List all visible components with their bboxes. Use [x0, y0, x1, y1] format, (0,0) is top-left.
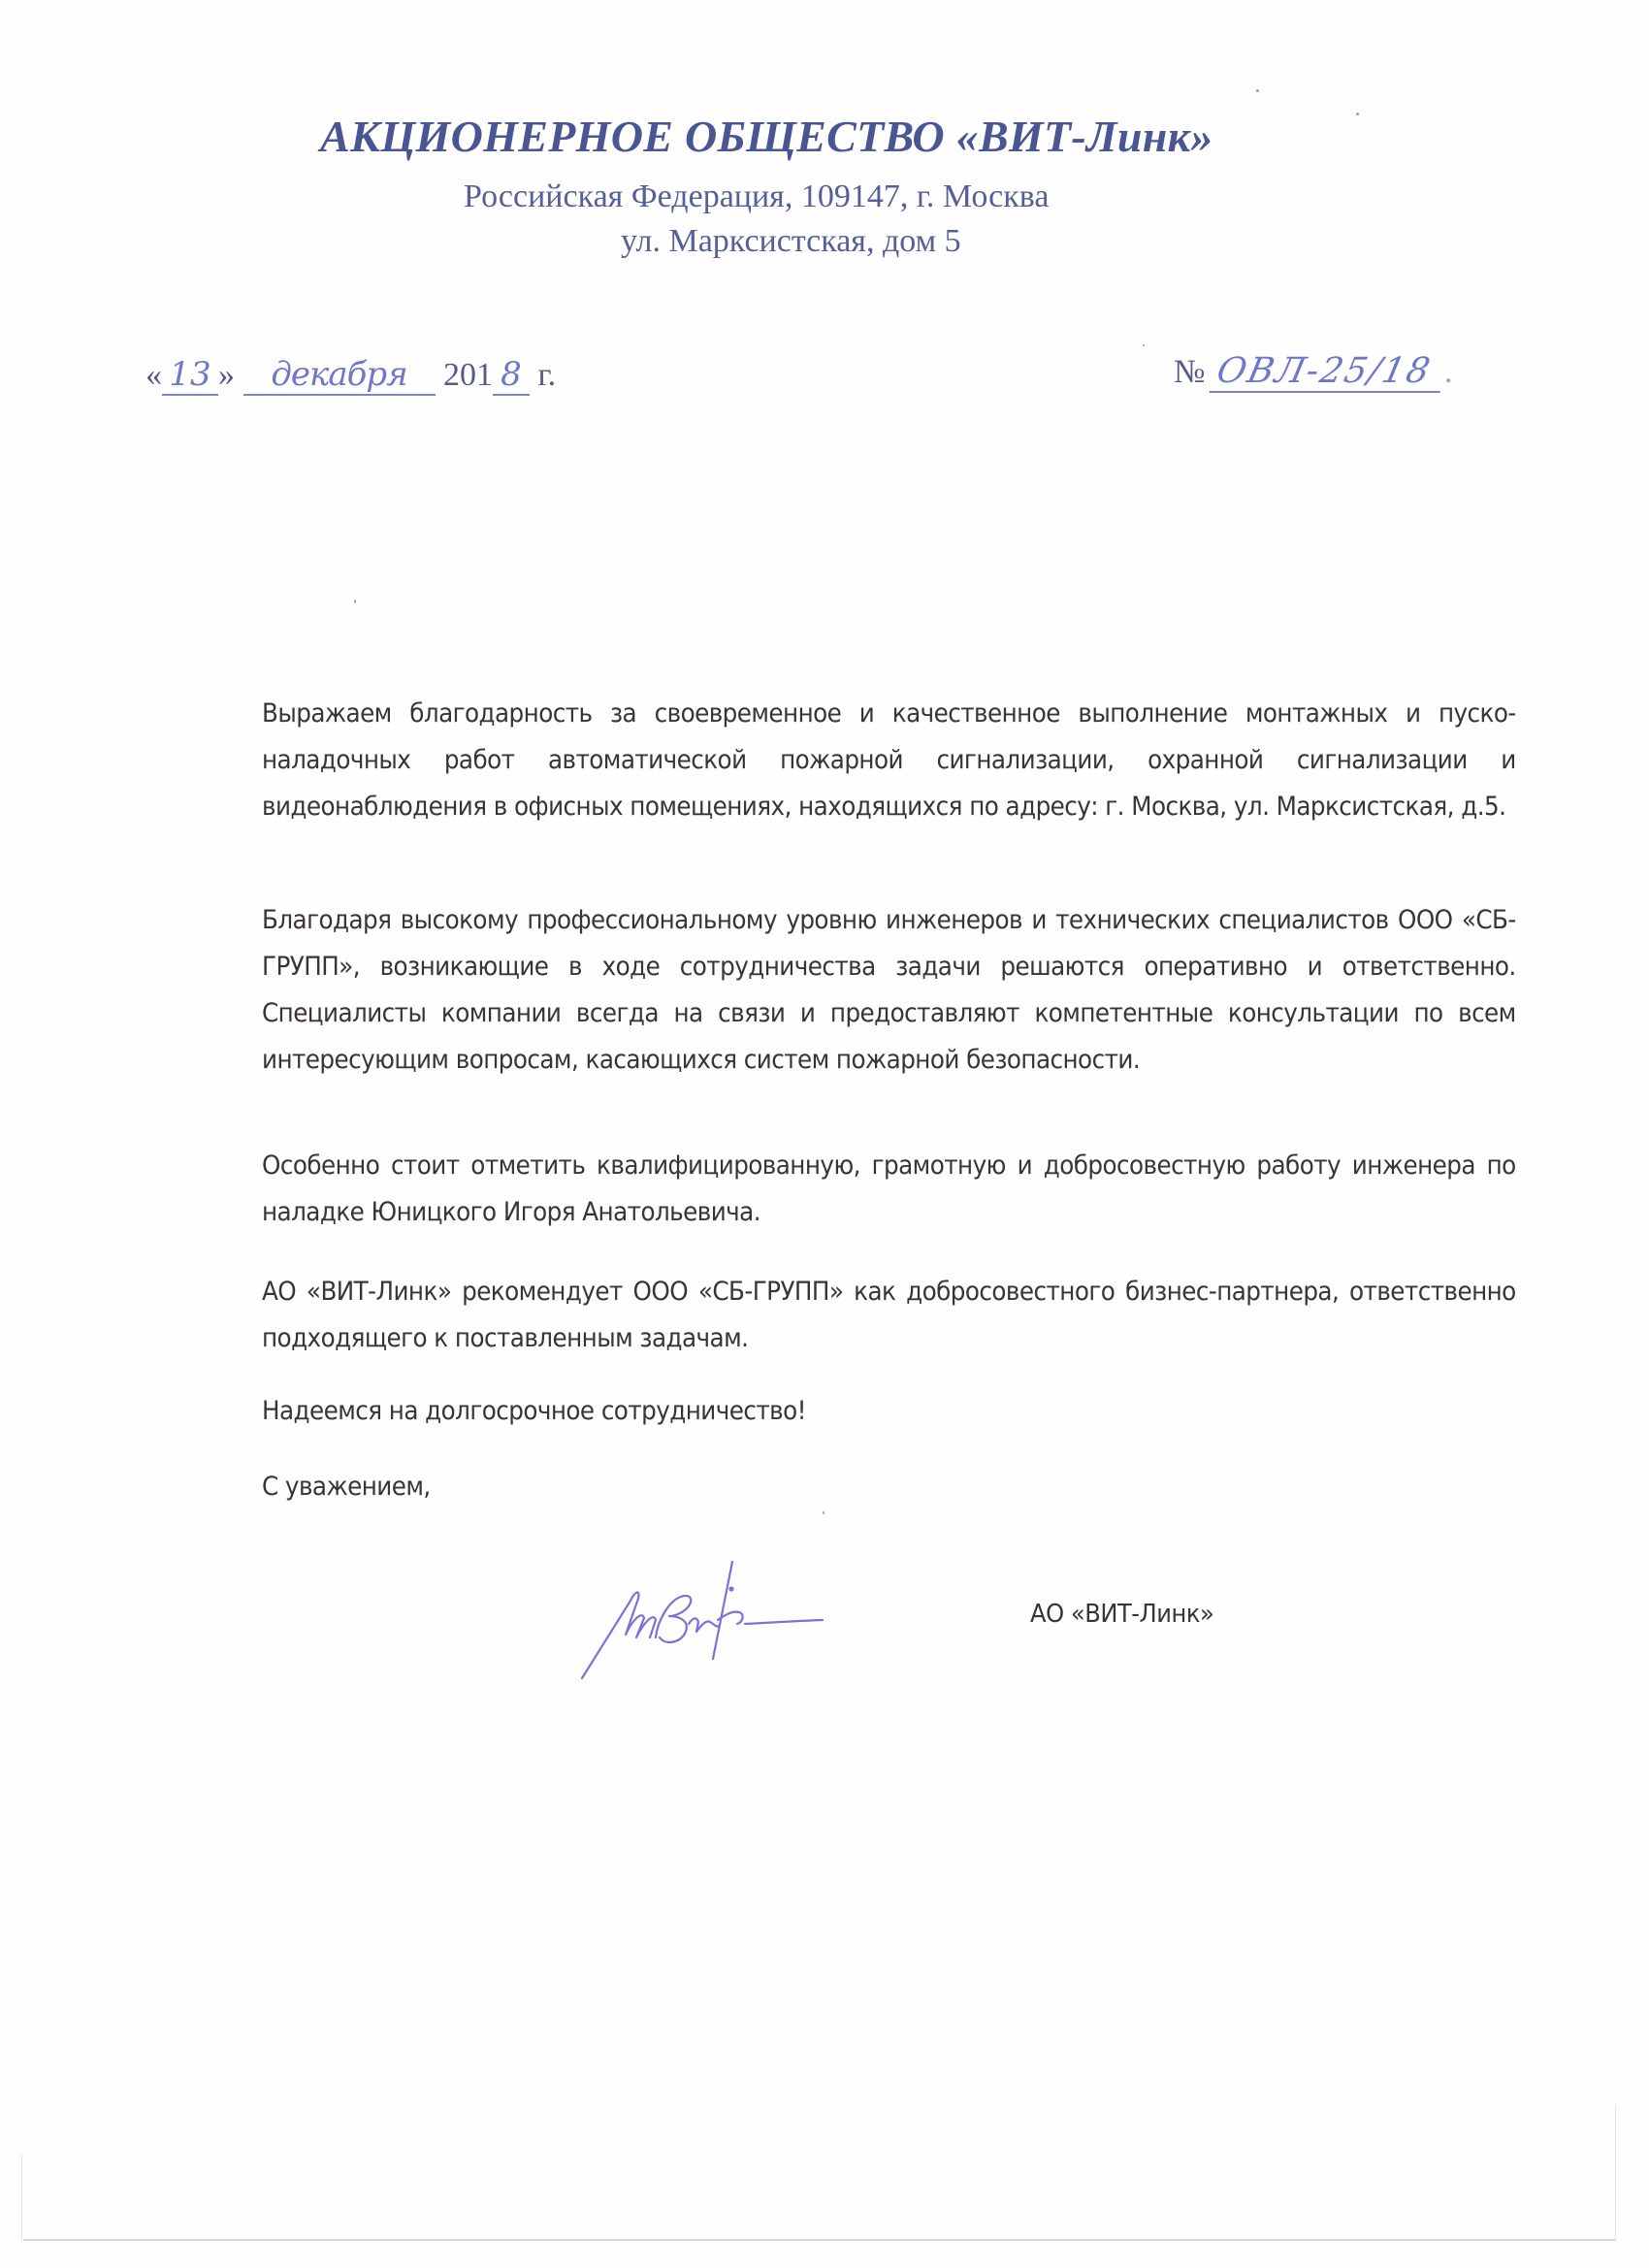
scan-speck	[1143, 344, 1145, 346]
date-day-handwritten: 13	[162, 355, 218, 396]
address-line-2: ул. Марксистская, дом 5	[621, 223, 961, 260]
page-edge-right	[1615, 2105, 1616, 2241]
paragraph-closing-hope: Надеемся на долгосрочное сотрудничество!	[262, 1388, 1516, 1435]
company-name: АКЦИОНЕРНОЕ ОБЩЕСТВО «ВИТ-Линк»	[320, 111, 1213, 162]
reference-number-handwritten: ОВЛ-25/18	[1209, 351, 1448, 393]
scan-speck	[1356, 113, 1359, 115]
number-sign: №	[1174, 354, 1205, 390]
paragraph-regards: С уважением,	[262, 1464, 1516, 1510]
signature-icon	[572, 1542, 921, 1688]
date-open-quote: «	[145, 357, 162, 393]
paragraph-specialists: Благодаря высокому профессиональному уро…	[262, 897, 1516, 1084]
letter-date: «13» декабря 2018 г.	[145, 355, 556, 396]
letter-page: АКЦИОНЕРНОЕ ОБЩЕСТВО «ВИТ-Линк» Российск…	[0, 0, 1649, 2268]
scan-speck	[1256, 89, 1259, 92]
page-edge-left	[21, 2154, 22, 2241]
paragraph-engineer: Особенно стоит отметить квалифицированну…	[262, 1143, 1516, 1236]
signer-organization: АО «ВИТ-Линк»	[1030, 1600, 1213, 1629]
paragraph-text: АО «ВИТ-Линк» рекомендует ООО «СБ-ГРУПП»…	[262, 1269, 1516, 1362]
date-suffix: г.	[538, 357, 557, 393]
address-line-1: Российская Федерация, 109147, г. Москва	[464, 178, 1049, 215]
date-year-prefix: 201	[443, 357, 493, 393]
scan-speck	[354, 599, 356, 603]
paragraph-text: Выражаем благодарность за своевременное …	[262, 691, 1516, 830]
scan-speck	[823, 1511, 824, 1514]
date-month-handwritten: декабря	[243, 355, 436, 396]
paragraph-text: Особенно стоит отметить квалифицированну…	[262, 1143, 1516, 1236]
page-edge-bottom	[23, 2239, 1616, 2241]
date-close-quote: »	[218, 357, 235, 393]
paragraph-recommendation: АО «ВИТ-Линк» рекомендует ООО «СБ-ГРУПП»…	[262, 1269, 1516, 1362]
paragraph-text: Благодаря высокому профессиональному уро…	[262, 897, 1516, 1084]
reference-number: № ОВЛ-25/18.	[1174, 351, 1452, 393]
paragraph-text: С уважением,	[262, 1464, 1516, 1510]
paragraph-text: Надеемся на долгосрочное сотрудничество!	[262, 1388, 1516, 1435]
paragraph-gratitude: Выражаем благодарность за своевременное …	[262, 691, 1516, 830]
date-year-digit-handwritten: 8	[493, 355, 530, 396]
